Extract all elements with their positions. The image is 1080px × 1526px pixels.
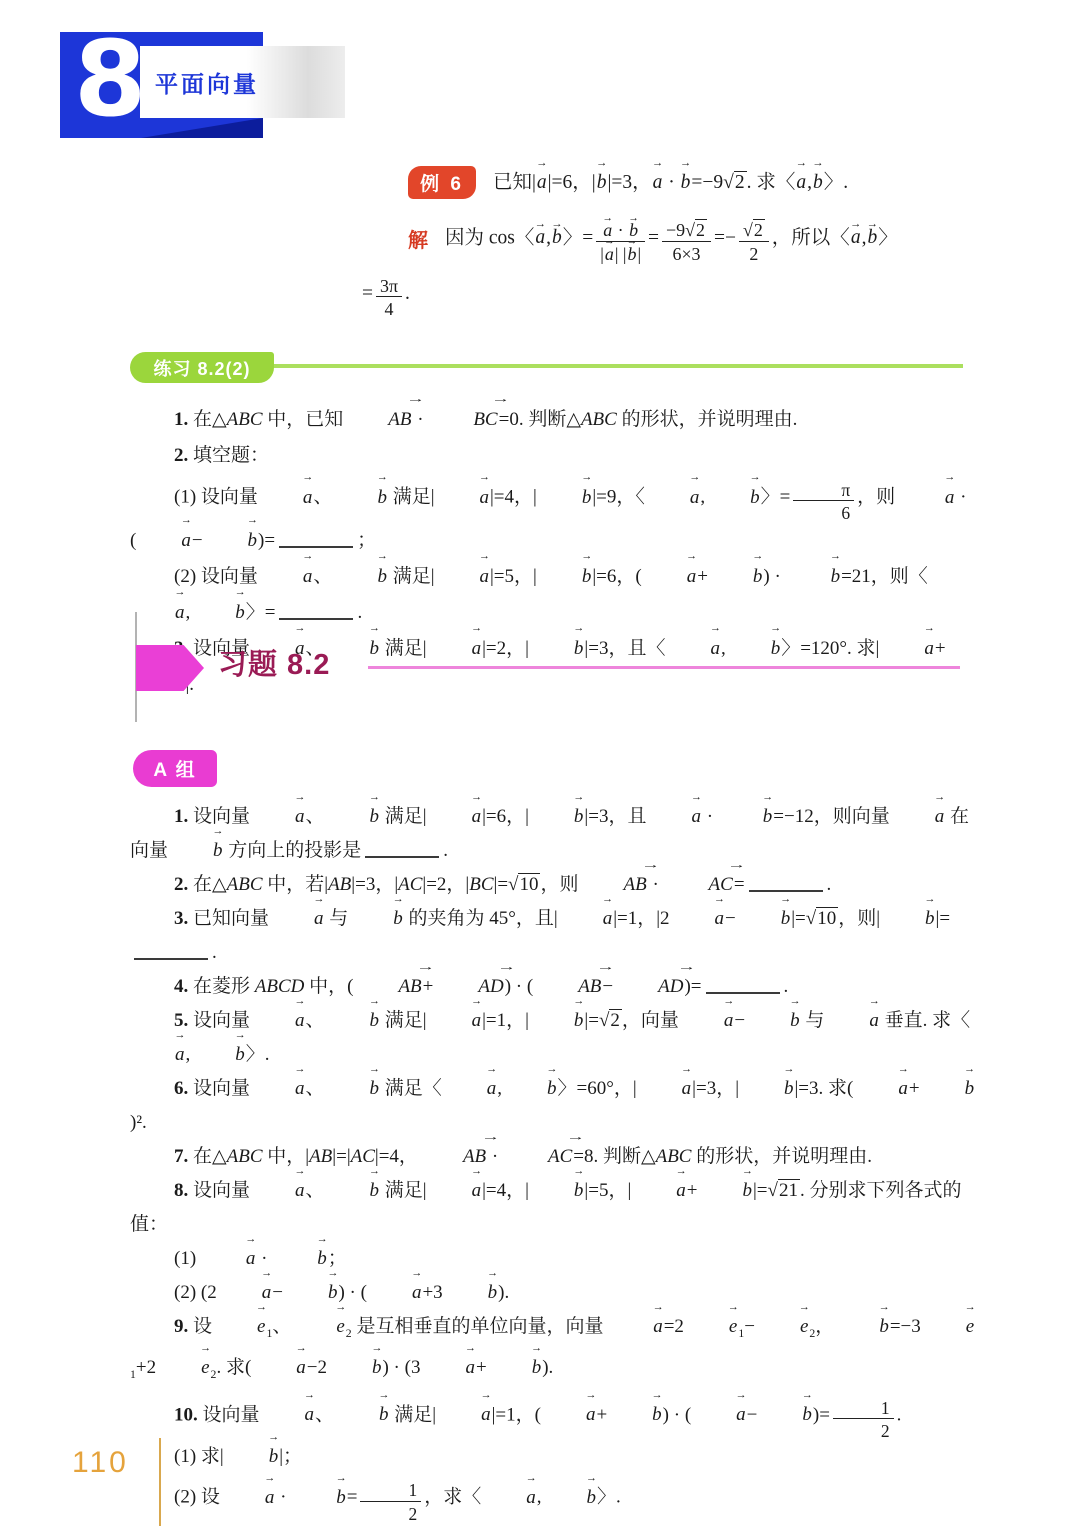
group-a-badge: A 组 bbox=[133, 750, 217, 787]
vector: b bbox=[697, 1174, 753, 1208]
vector: b bbox=[332, 559, 388, 595]
problem-item: 2. 在△ABC 中，若|AB|=3，|AC|=2，|BC|=√10，则AB ·… bbox=[130, 868, 978, 902]
vector: b bbox=[325, 800, 381, 834]
problem-set-banner: 习题 8.2 bbox=[130, 610, 965, 725]
vector: a bbox=[250, 800, 306, 834]
problem-number: 1. bbox=[174, 409, 188, 430]
problem-item: (1) 求|b|； bbox=[130, 1440, 978, 1474]
square-root: √10 bbox=[806, 907, 838, 929]
vector: b bbox=[757, 1398, 813, 1432]
problem-item: 9. 设e1、e2 是互相垂直的单位向量，向量 a=2e1−e2，b=−3e1+… bbox=[130, 1310, 978, 1392]
problem-number: (2) bbox=[174, 1487, 196, 1508]
vector: e bbox=[921, 1310, 975, 1344]
vector: b bbox=[708, 559, 764, 595]
vector: AB bbox=[343, 402, 412, 438]
problem-number: 5. bbox=[174, 1010, 188, 1031]
problem-number: 3. bbox=[174, 908, 188, 929]
vector: b bbox=[334, 1398, 390, 1432]
exercise-banner-badge: 练习 8.2(2) bbox=[130, 352, 274, 383]
math-variable: ABC bbox=[581, 409, 617, 430]
chapter-header: 8 平面向量 bbox=[60, 32, 263, 138]
vector: e bbox=[291, 1310, 345, 1344]
square-root: √2 bbox=[685, 219, 707, 240]
vector: a bbox=[220, 1481, 276, 1515]
vector: a bbox=[427, 1174, 483, 1208]
vector: a bbox=[541, 1398, 597, 1432]
fraction: 12 bbox=[360, 1474, 421, 1523]
problem-number: (1) bbox=[174, 1248, 196, 1269]
subscript: 2 bbox=[346, 1327, 352, 1340]
vector: b bbox=[680, 166, 692, 200]
textbook-page: { "page": { "number": "110" }, "chapter"… bbox=[0, 0, 1080, 1526]
vector: a bbox=[642, 559, 698, 595]
vector: b bbox=[537, 480, 593, 516]
vector: b bbox=[537, 559, 593, 595]
problem-number: 1. bbox=[174, 806, 188, 827]
problem-set-banner-rule bbox=[368, 666, 960, 669]
vector: e bbox=[755, 1310, 809, 1344]
math-variable: BC bbox=[469, 874, 493, 895]
vector: b bbox=[705, 480, 761, 516]
problem-number: (2) bbox=[174, 1282, 196, 1303]
vector: e bbox=[212, 1310, 266, 1344]
arrow-icon bbox=[136, 645, 204, 691]
problem-number: 6. bbox=[174, 1078, 188, 1099]
vector: b bbox=[786, 559, 842, 595]
vector: b bbox=[332, 480, 388, 516]
vector: a bbox=[481, 1481, 537, 1515]
problem-number: (1) bbox=[174, 1446, 196, 1467]
problem-item: 6. 设向量a、b 满足〈a,b〉=60°，|a|=3，|b|=3. 求(a+b… bbox=[130, 1072, 978, 1140]
subscript: 2 bbox=[211, 1368, 217, 1381]
vector: b bbox=[224, 1440, 280, 1474]
vector: a bbox=[250, 1072, 306, 1106]
vector: a bbox=[420, 1351, 476, 1385]
vector: e bbox=[684, 1310, 738, 1344]
vector: AD bbox=[613, 970, 684, 1004]
vector: a bbox=[795, 166, 807, 200]
vector: b bbox=[739, 1072, 795, 1106]
vector: a bbox=[558, 902, 614, 936]
vector: a bbox=[250, 1004, 306, 1038]
vector: a bbox=[536, 166, 548, 200]
vector: a bbox=[824, 1004, 880, 1038]
vector: b bbox=[920, 1072, 976, 1106]
problem-number: 10. bbox=[174, 1404, 198, 1425]
vector: e bbox=[156, 1351, 210, 1385]
answer-blank bbox=[749, 890, 823, 892]
vector: a bbox=[637, 1072, 693, 1106]
vector: a bbox=[258, 559, 314, 595]
vector: b bbox=[325, 1174, 381, 1208]
fraction: 3π4 bbox=[376, 270, 402, 320]
square-root: √10 bbox=[508, 873, 540, 895]
vector: b bbox=[487, 1351, 543, 1385]
vector: a bbox=[604, 245, 615, 264]
problem-item: 2. 填空题： bbox=[130, 438, 975, 474]
fraction: −9√26×3 bbox=[662, 214, 711, 264]
problem-number: 9. bbox=[174, 1316, 188, 1337]
vector: b bbox=[529, 1174, 585, 1208]
subscript: 2 bbox=[809, 1327, 815, 1340]
square-root: √2 bbox=[723, 171, 746, 193]
vector: b bbox=[203, 523, 259, 559]
vector: a bbox=[534, 227, 546, 249]
problem-item: 1. 在△ABC 中，已知AB · BC=0. 判断△ABC 的形状，并说明理由… bbox=[130, 402, 975, 438]
vector: a bbox=[631, 1174, 687, 1208]
page-number: 110 bbox=[72, 1446, 129, 1480]
vector: a bbox=[652, 166, 664, 200]
vector: b bbox=[607, 1398, 663, 1432]
math-variable: ABC bbox=[227, 874, 263, 895]
problem-number: 7. bbox=[174, 1146, 188, 1167]
decorative-wedge bbox=[141, 118, 263, 138]
problem-item: (1) 设向量a、b 满足|a|=4，|b|=9，〈a,b〉=π6，则 a · … bbox=[130, 474, 975, 559]
example-solution-line1: 因为 cos〈a,b〉=a · b|a| |b|=−9√26×3=−√22，所以… bbox=[445, 214, 898, 264]
vector: a bbox=[258, 480, 314, 516]
vector: a bbox=[427, 1004, 483, 1038]
solution-label: 解 bbox=[408, 224, 428, 253]
vector: a bbox=[436, 1398, 492, 1432]
problem-number: (1) bbox=[174, 487, 196, 508]
vector: b bbox=[502, 1072, 558, 1106]
vector: a bbox=[427, 800, 483, 834]
problem-item: 5. 设向量a、b 满足|a|=1，|b|=√2，向量a−b 与a 垂直. 求〈… bbox=[130, 1004, 978, 1072]
vector: b bbox=[834, 1310, 890, 1344]
vector: a bbox=[890, 800, 946, 834]
problem-number: 2. bbox=[174, 445, 188, 466]
vector: b bbox=[880, 902, 936, 936]
problem-number: 2. bbox=[174, 874, 188, 895]
problem-number: 8. bbox=[174, 1180, 188, 1201]
problem-set-list: 1. 设向量a、b 满足|a|=6，|b|=3，且a · b=−12，则向量a … bbox=[130, 800, 978, 1523]
vector: a bbox=[646, 800, 702, 834]
vector: a bbox=[130, 1038, 186, 1072]
vector: BC bbox=[428, 402, 498, 438]
vector: a bbox=[251, 1351, 307, 1385]
example-6-block: 例 6 已知|a|=6，|b|=3，a · b=−9√2. 求〈a,b〉. 解 … bbox=[408, 166, 988, 319]
math-variable: AB bbox=[328, 874, 351, 895]
example-badge: 例 6 bbox=[408, 166, 476, 199]
vector: b bbox=[327, 1351, 383, 1385]
subscript: 1 bbox=[738, 1327, 744, 1340]
vector: a bbox=[679, 1004, 735, 1038]
square-root: √21 bbox=[768, 1179, 800, 1201]
vector: b bbox=[626, 245, 637, 264]
fraction: 12 bbox=[833, 1392, 894, 1441]
problem-item: 8. 设向量a、b 满足|a|=4，|b|=5，|a+b|=√21. 分别求下列… bbox=[130, 1174, 978, 1242]
vector: b bbox=[190, 1038, 246, 1072]
vector: a bbox=[367, 1276, 423, 1310]
problem-item: (2) 设a · b=12，求〈a,b〉. bbox=[130, 1474, 978, 1523]
vector: b bbox=[291, 1481, 347, 1515]
vector: a bbox=[900, 480, 956, 516]
vector: a bbox=[136, 523, 192, 559]
vector: a bbox=[435, 559, 491, 595]
vector: a bbox=[850, 227, 862, 249]
subscript: 1 bbox=[130, 1368, 136, 1381]
problem-number: 4. bbox=[174, 976, 188, 997]
vector: a bbox=[260, 1398, 316, 1432]
example-given-text: 已知|a|=6，|b|=3，a · b=−9√2. 求〈a,b〉. bbox=[493, 166, 848, 200]
fraction: a · b|a| |b| bbox=[596, 214, 645, 264]
vector: b bbox=[541, 1481, 597, 1515]
vector: b bbox=[325, 1004, 381, 1038]
vector: a bbox=[608, 1310, 664, 1344]
square-root: √2 bbox=[743, 219, 765, 240]
vector: b bbox=[325, 1072, 381, 1106]
problem-item: 3. 已知向量a 与b 的夹角为 45°，且|a|=1，|2a−b|=√10，则… bbox=[130, 902, 978, 970]
math-variable: AC bbox=[398, 874, 422, 895]
math-variable: AC bbox=[351, 1146, 375, 1167]
fraction: √22 bbox=[739, 214, 769, 264]
example-solution-row: 解 因为 cos〈a,b〉=a · b|a| |b|=−9√26×3=−√22，… bbox=[408, 214, 988, 264]
vector: b bbox=[812, 166, 824, 200]
problem-set-title: 习题 8.2 bbox=[218, 642, 330, 683]
vector: b bbox=[866, 227, 878, 249]
vector: a bbox=[269, 902, 325, 936]
math-variable: ABCD bbox=[255, 976, 305, 997]
subscript: 1 bbox=[266, 1327, 272, 1340]
vector: b bbox=[168, 834, 224, 868]
vector: b bbox=[718, 800, 774, 834]
problem-number: (2) bbox=[174, 566, 196, 587]
answer-blank bbox=[134, 958, 208, 960]
example-solution-line2: =3π4. bbox=[362, 283, 410, 304]
chapter-number: 8 bbox=[74, 25, 146, 133]
square-root: √2 bbox=[599, 1009, 622, 1031]
math-variable: AB bbox=[309, 1146, 332, 1167]
vector: a bbox=[853, 1072, 909, 1106]
answer-blank bbox=[706, 992, 780, 994]
answer-blank bbox=[365, 856, 439, 858]
answer-blank bbox=[279, 546, 353, 548]
vector: b bbox=[529, 1004, 585, 1038]
vector: b bbox=[443, 1276, 499, 1310]
vector: a bbox=[691, 1398, 747, 1432]
math-variable: ABC bbox=[227, 409, 263, 430]
vector: b bbox=[745, 1004, 801, 1038]
vector: b bbox=[348, 902, 404, 936]
exercise-banner: 练习 8.2(2) bbox=[130, 352, 965, 386]
chapter-title-band: 平面向量 bbox=[140, 46, 345, 118]
vector: a bbox=[442, 1072, 498, 1106]
chapter-title: 平面向量 bbox=[155, 66, 259, 99]
vector: b bbox=[551, 227, 563, 249]
example-solution-line2-row: =3π4. bbox=[362, 270, 988, 320]
vector: a bbox=[435, 480, 491, 516]
vector: a bbox=[645, 480, 701, 516]
vector: a bbox=[670, 902, 726, 936]
example-given-row: 例 6 已知|a|=6，|b|=3，a · b=−9√2. 求〈a,b〉. bbox=[408, 166, 988, 200]
fraction: π6 bbox=[793, 474, 854, 523]
vector: a bbox=[250, 1174, 306, 1208]
vector: b bbox=[596, 166, 608, 200]
vector: b bbox=[529, 800, 585, 834]
math-variable: ABC bbox=[656, 1146, 692, 1167]
problem-item: 1. 设向量a、b 满足|a|=6，|b|=3，且a · b=−12，则向量a … bbox=[130, 800, 978, 868]
footer-vertical-rule bbox=[159, 1438, 161, 1526]
vector: b bbox=[736, 902, 792, 936]
math-variable: ABC bbox=[227, 1146, 263, 1167]
